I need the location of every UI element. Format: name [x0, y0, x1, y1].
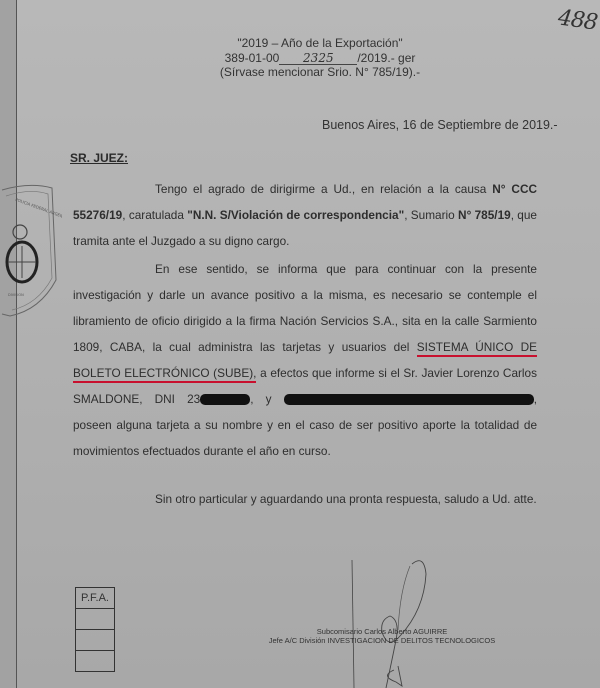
paragraph1-text: , Sumario	[404, 208, 458, 222]
svg-text:DIVISION: DIVISION	[8, 293, 24, 297]
paragraph2-text: , y	[250, 392, 283, 406]
reference-note: (Sírvase mencionar Srio. N° 785/19).-	[180, 65, 460, 80]
pfa-empty-cell	[76, 630, 114, 651]
file-suffix: /2019.- ger	[357, 51, 415, 65]
closing-paragraph: Sin otro particular y aguardando una pro…	[155, 486, 555, 512]
paragraph1-text: , caratulada	[122, 208, 187, 222]
folio-number: 488	[556, 5, 598, 35]
signatory-name: Subcomisario Carlos Alberto AGUIRRE	[262, 627, 502, 636]
document-header: "2019 – Año de la Exportación" 389-01-00…	[180, 36, 460, 80]
paragraph1-text: Tengo el agrado de dirigirme a Ud., en r…	[155, 182, 492, 196]
pfa-empty-cell	[76, 651, 114, 671]
case-title: "N.N. S/Violación de correspondencia"	[187, 208, 404, 222]
svg-text:POLICIA FEDERAL ARGENTINA: POLICIA FEDERAL ARGENTINA	[15, 197, 62, 222]
pfa-label: P.F.A.	[76, 588, 114, 609]
pfa-empty-cell	[76, 609, 114, 630]
signatory-title: Jefe A/C División INVESTIGACION DE DELIT…	[262, 636, 502, 645]
handwritten-signature-icon	[340, 550, 460, 688]
redacted-name	[284, 394, 534, 405]
paragraph-request: En ese sentido, se informa que para cont…	[73, 256, 537, 464]
summary-number: N° 785/19	[458, 208, 511, 222]
header-motto: "2019 – Año de la Exportación"	[180, 36, 460, 51]
redacted-dni	[200, 394, 250, 405]
page-edge	[0, 0, 16, 688]
margin-line	[16, 0, 17, 688]
file-reference: 389-01-002325/2019.- ger	[180, 51, 460, 66]
document-page: 488 "2019 – Año de la Exportación" 389-0…	[0, 0, 600, 688]
pfa-stamp-box: P.F.A.	[75, 587, 115, 672]
date-line: Buenos Aires, 16 de Septiembre de 2019.-	[322, 118, 558, 132]
official-seal-icon: POLICIA FEDERAL ARGENTINA DIVISION	[0, 180, 62, 318]
file-number-handwritten: 2325	[279, 53, 357, 65]
salutation: SR. JUEZ:	[70, 151, 128, 165]
paragraph-case-reference: Tengo el agrado de dirigirme a Ud., en r…	[73, 176, 537, 254]
signature-block: Subcomisario Carlos Alberto AGUIRRE Jefe…	[262, 627, 502, 645]
file-prefix: 389-01-00	[225, 51, 280, 65]
